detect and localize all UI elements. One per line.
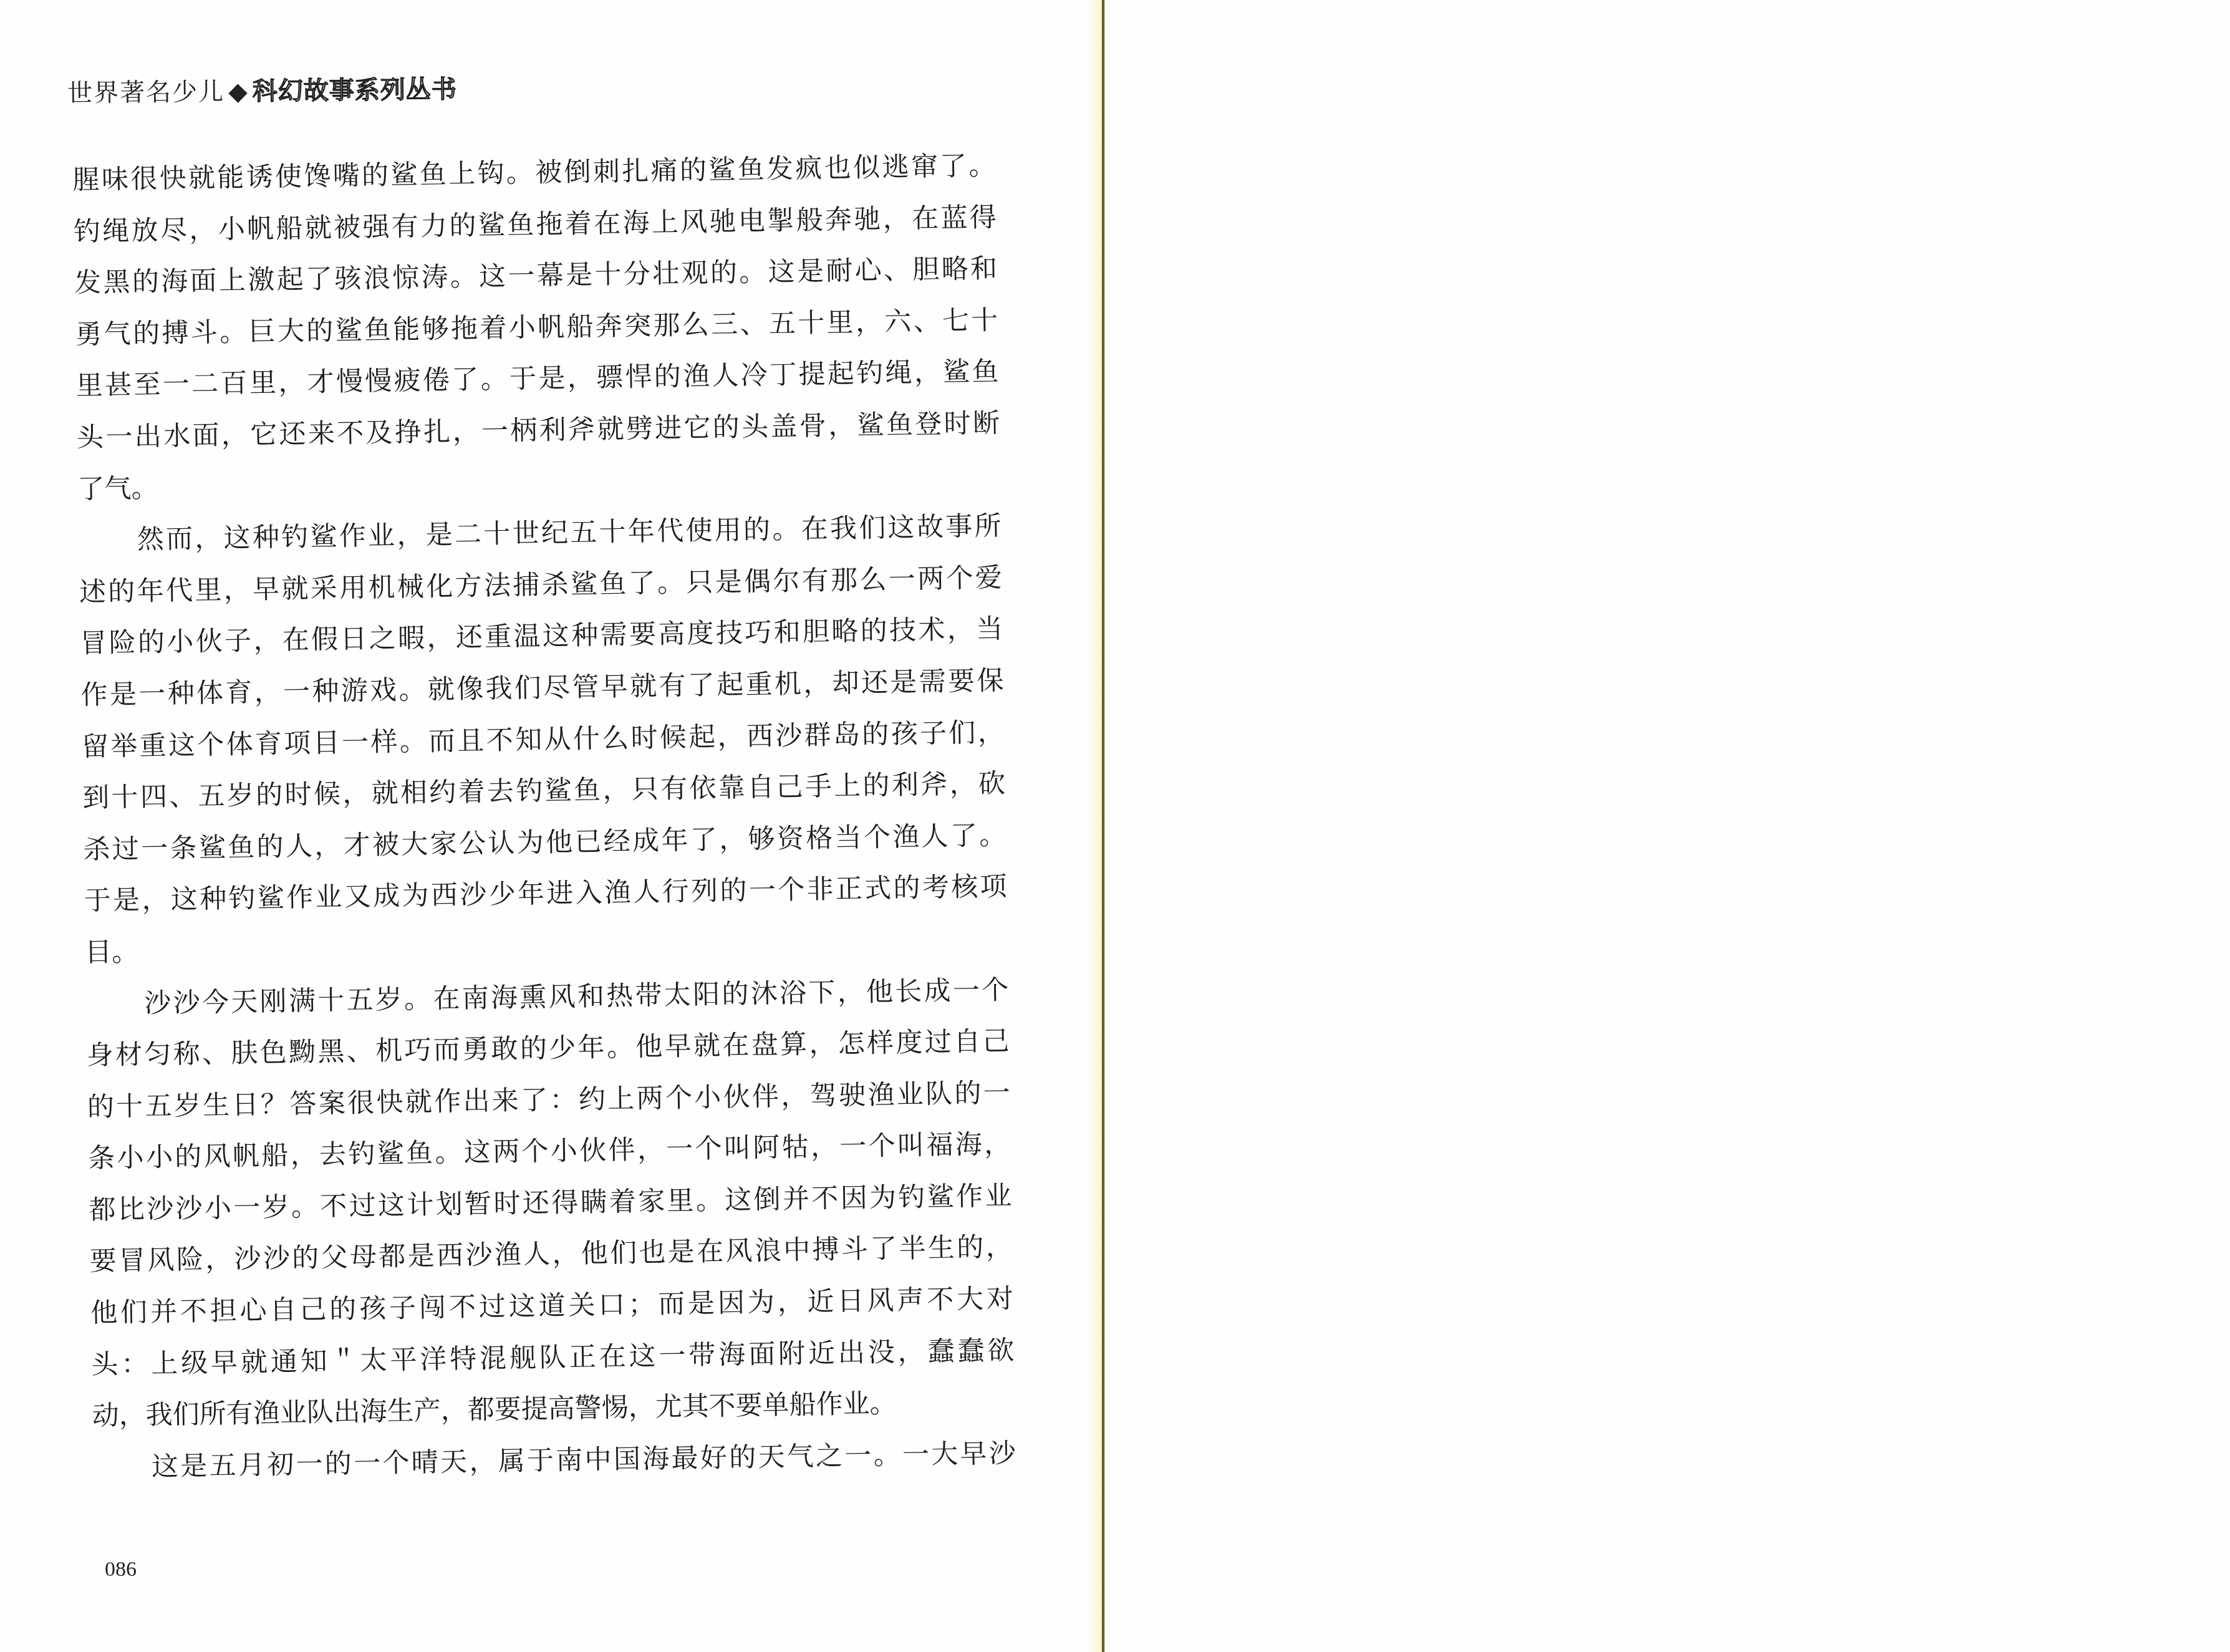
series-prefix: 世界著名少儿 [67,77,224,108]
series-title: 科幻故事系列丛书 [253,75,457,105]
left-body-text: 腥味很快就能诱使馋嘴的鲨鱼上钩。被倒刺扎痛的鲨鱼发疯也似逃窜了。钓绳放尽，小帆船… [72,140,1016,1494]
left-page: 世界著名少儿◆科幻故事系列丛书 腥味很快就能诱使馋嘴的鲨鱼上钩。被倒刺扎痛的鲨鱼… [0,0,1103,1652]
left-page-number: 086 [105,1558,137,1582]
right-page: 割掉鼻子的大象 沙就醒过来了。他蹑手蹑脚爬下了竹床，披上一件白褂子，又从竹床下面… [1105,0,2230,1652]
left-running-head: 世界著名少儿◆科幻故事系列丛书 [67,69,457,109]
book-spread: 世界著名少儿◆科幻故事系列丛书 腥味很快就能诱使馋嘴的鲨鱼上钩。被倒刺扎痛的鲨鱼… [0,0,2230,1652]
diamond-icon: ◆ [228,77,249,106]
spine-fold-line [1102,0,1104,1652]
